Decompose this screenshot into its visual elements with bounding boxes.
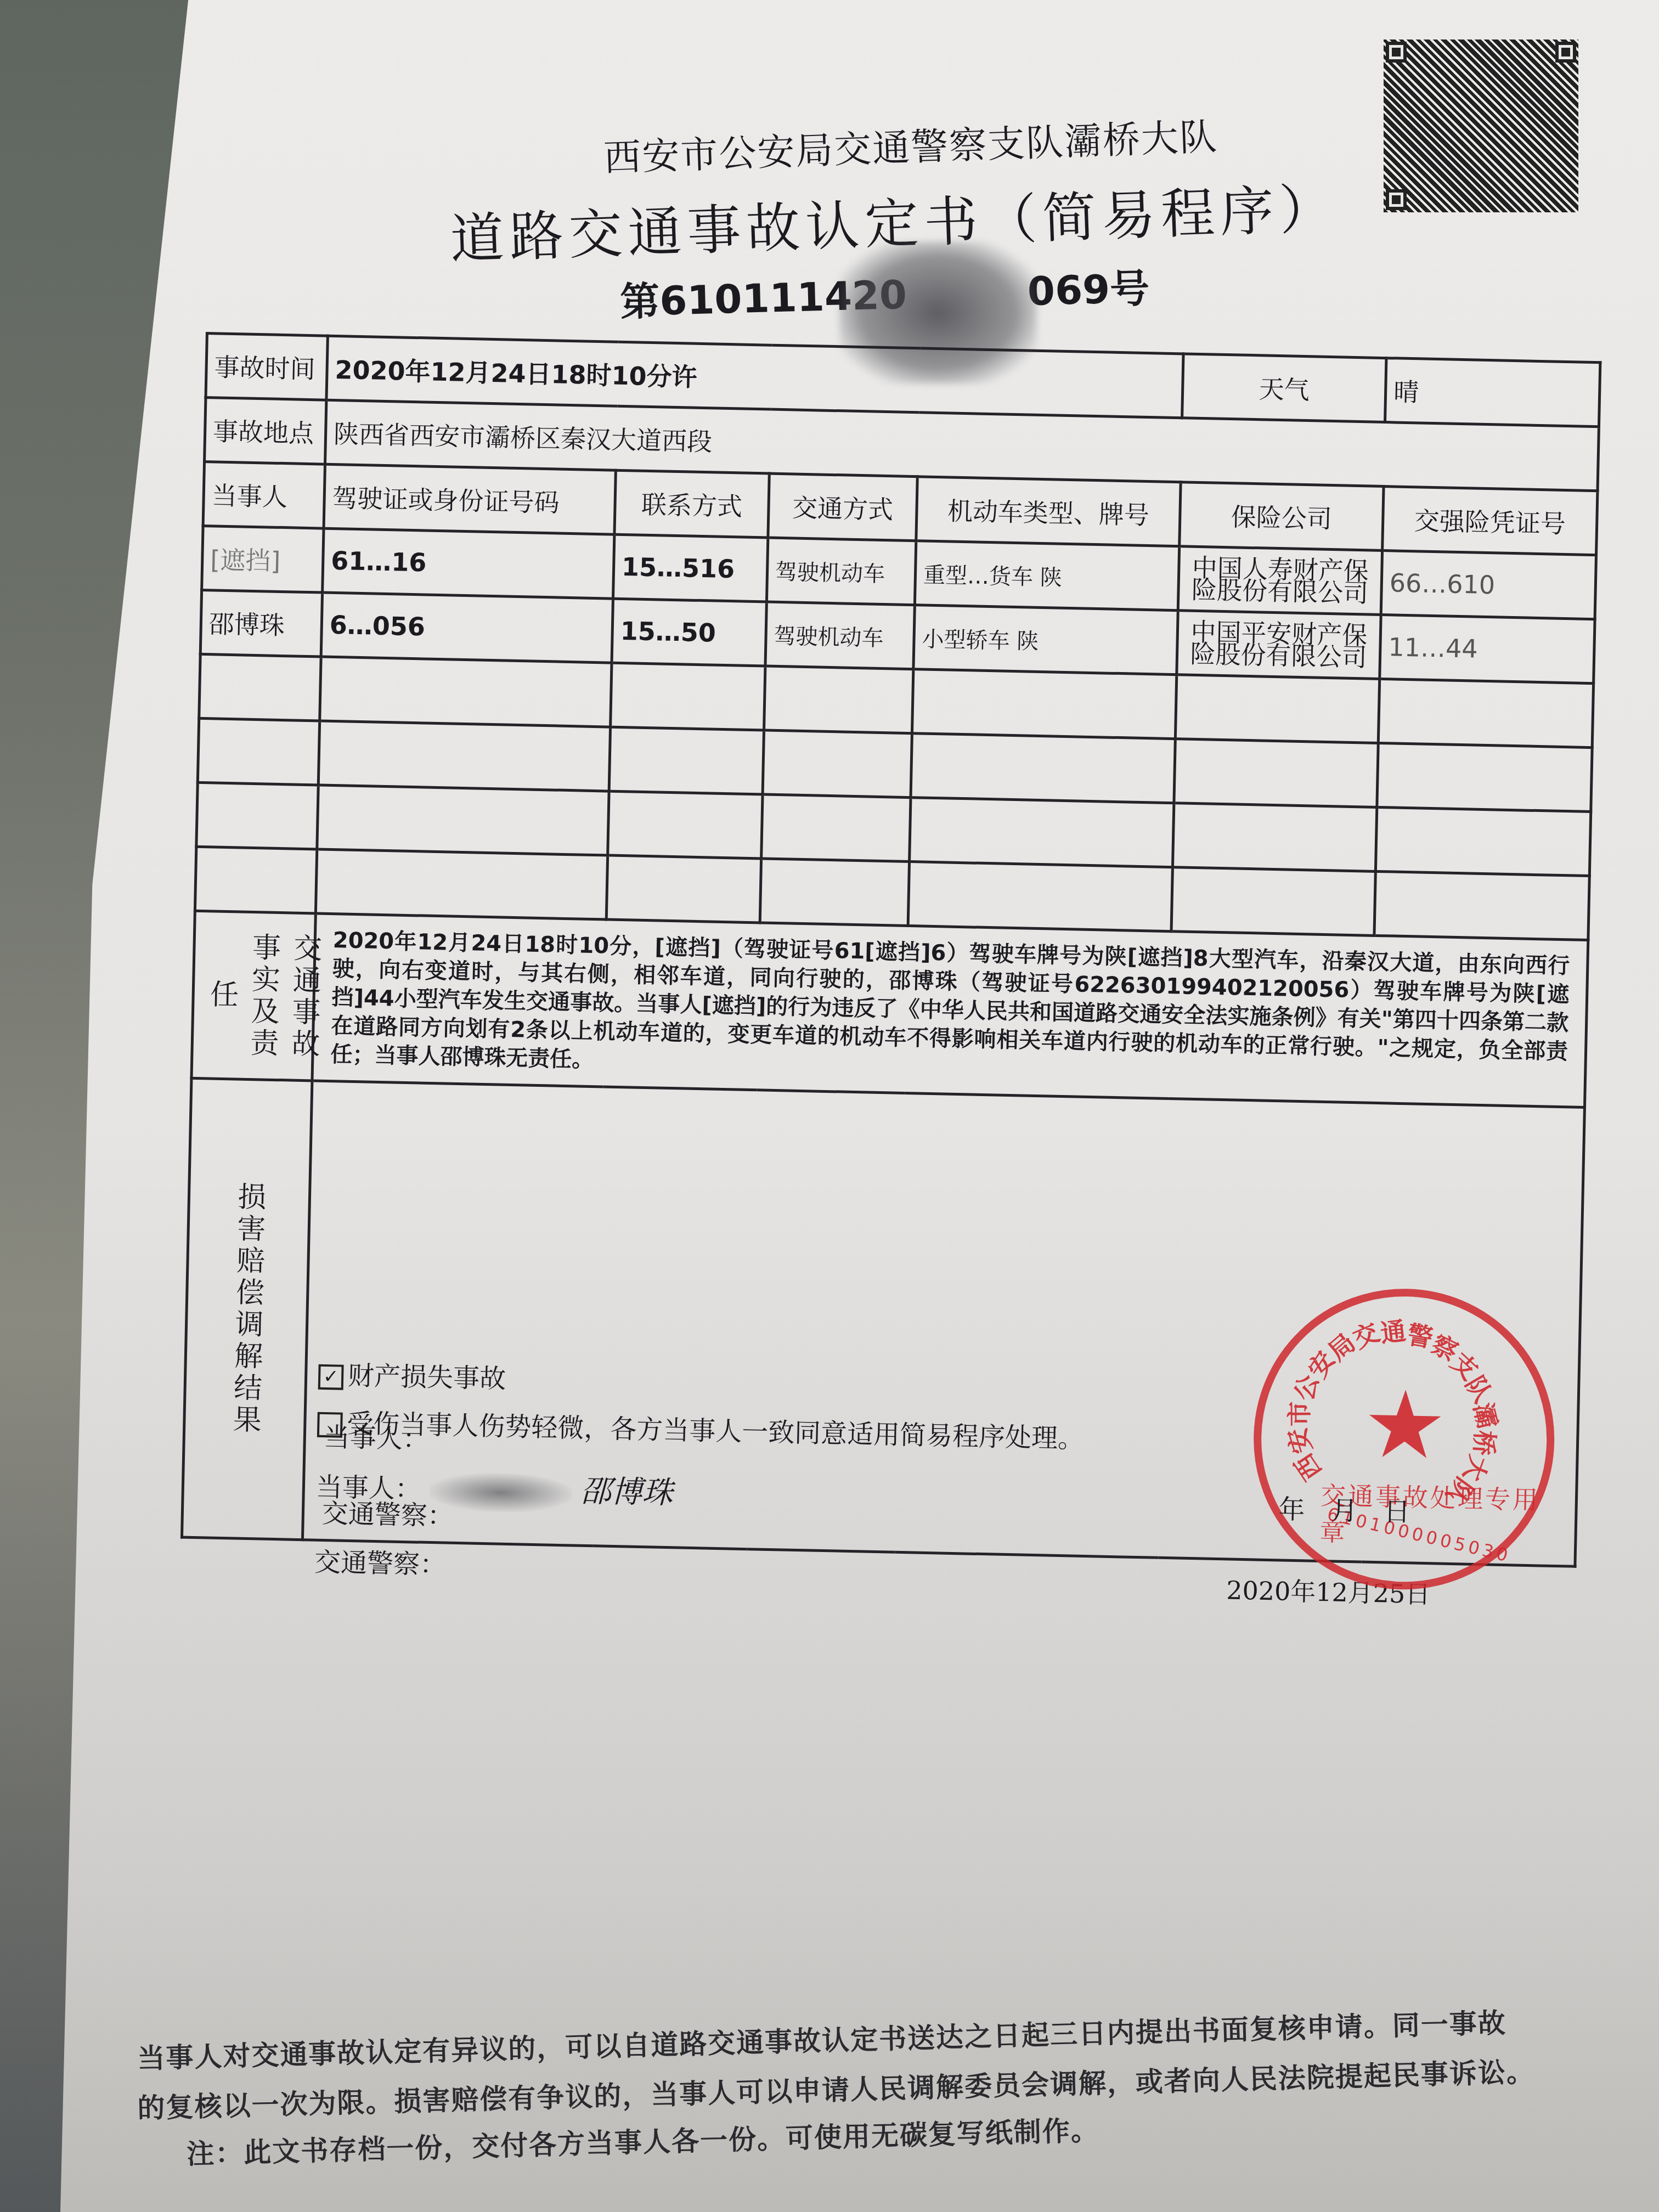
location-label: 事故地点 bbox=[205, 398, 326, 465]
facts-row: 交通事故事实及责任 2020年12月24日18时10分，[遮挡]（驾驶证号61[… bbox=[191, 911, 1588, 1107]
party-vehicle: 重型…货车 陕 bbox=[915, 541, 1179, 611]
mediation-row: 损害赔偿调解结果 当事人： 交通警察： 年 月 日 bbox=[182, 1078, 1584, 1566]
mediation-label: 损害赔偿调解结果 bbox=[224, 1181, 270, 1436]
party-id: 61…16 bbox=[323, 528, 614, 599]
party-phone: 15…516 bbox=[613, 534, 768, 602]
header-party: 当事人 bbox=[203, 462, 325, 529]
facts-text: 2020年12月24日18时10分，[遮挡]（驾驶证号61[遮挡]6）驾驶车牌号… bbox=[320, 918, 1581, 1103]
party-mode: 驾驶机动车 bbox=[766, 538, 916, 605]
document-number-suffix: 069号 bbox=[1027, 265, 1150, 314]
party-policy: 66…610 bbox=[1381, 551, 1596, 619]
weather-value: 晴 bbox=[1385, 358, 1600, 427]
header-mode: 交通方式 bbox=[768, 473, 917, 541]
header-phone: 联系方式 bbox=[614, 470, 769, 538]
time-label: 事故时间 bbox=[206, 334, 328, 400]
party-name: 邵博珠 bbox=[200, 590, 322, 657]
party-insurer: 中国人寿财产保险股份有限公司 bbox=[1178, 546, 1382, 615]
mediation-date: 年 月 日 bbox=[1278, 1488, 1410, 1528]
header-vehicle: 机动车类型、牌号 bbox=[916, 477, 1181, 546]
facts-label-cell: 交通事故事实及责任 bbox=[191, 911, 315, 1081]
mediation-party-sign: 当事人： bbox=[323, 1416, 1570, 1480]
facts-label: 交通事故事实及责任 bbox=[200, 916, 326, 1076]
mediation-cell: 当事人： 交通警察： 年 月 日 bbox=[302, 1081, 1584, 1566]
party-insurer: 中国平安财产保险股份有限公司 bbox=[1177, 611, 1381, 679]
qr-code-icon bbox=[1384, 39, 1578, 212]
weather-label: 天气 bbox=[1182, 354, 1386, 422]
basic-info-table: 事故时间 2020年12月24日18时10分许 天气 晴 事故地点 陕西省西安市… bbox=[180, 332, 1602, 1568]
accident-form: 事故时间 2020年12月24日18时10分许 天气 晴 事故地点 陕西省西安市… bbox=[171, 332, 1599, 2040]
party-vehicle: 小型轿车 陕 bbox=[913, 605, 1178, 675]
party-mode: 驾驶机动车 bbox=[765, 602, 915, 669]
party-phone: 15…50 bbox=[612, 599, 766, 666]
facts-cell: 2020年12月24日18时10分，[遮挡]（驾驶证号61[遮挡]6）驾驶车牌号… bbox=[312, 913, 1588, 1108]
party-id: 6…056 bbox=[321, 592, 613, 663]
header-id: 驾驶证或身份证号码 bbox=[324, 464, 616, 534]
header-insurer: 保险公司 bbox=[1180, 482, 1384, 551]
police-sign-label: 交通警察： bbox=[314, 1547, 446, 1581]
party-policy: 11…44 bbox=[1380, 614, 1595, 683]
mediation-label-cell: 损害赔偿调解结果 bbox=[182, 1078, 312, 1539]
party-name: [遮挡] bbox=[202, 526, 324, 592]
header-policy: 交强险凭证号 bbox=[1383, 487, 1598, 555]
